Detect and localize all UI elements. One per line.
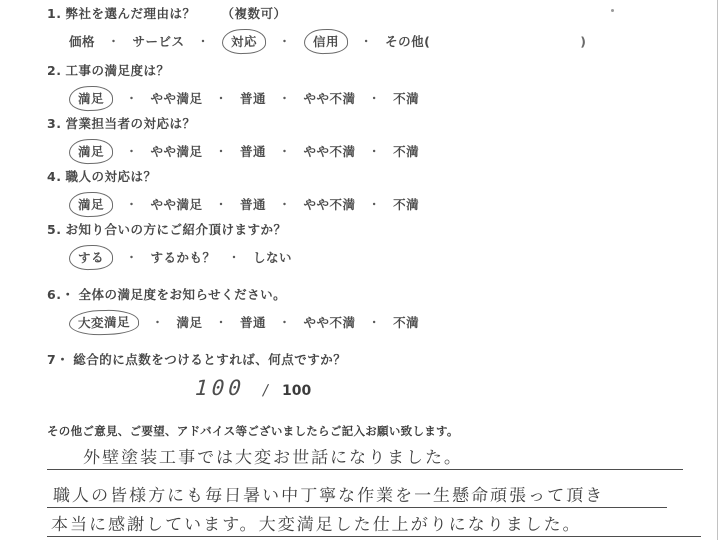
option: しない — [253, 248, 292, 266]
comments-prompt: その他ご意見、ご要望、アドバイス等ございましたらご記入お願い致します。 — [47, 423, 697, 439]
score-line: 100/100 — [195, 376, 687, 400]
option-separator-dot: ・ — [216, 314, 228, 330]
option: 普通 — [240, 195, 266, 213]
option-separator-dot: ・ — [361, 33, 373, 49]
question-number: 2. — [47, 63, 61, 78]
question-options: 価格・サービス・対応・信用・その他() — [69, 29, 687, 53]
question-title: 3.営業担当者の対応は？ — [47, 116, 687, 132]
option: やや満足 — [151, 89, 203, 107]
question-number: 7・ — [47, 352, 69, 367]
option-separator-dot: ・ — [216, 90, 228, 106]
option: 不満 — [393, 195, 419, 213]
option-separator-dot: ・ — [126, 143, 138, 159]
question-text: お知り合いの方にご紹介頂けますか？ — [65, 222, 286, 237]
option: やや不満 — [304, 313, 356, 331]
option: 不満 — [393, 313, 419, 331]
question-6: 6.・全体の満足度をお知らせください。大変満足・満足・普通・やや不満・不満 — [47, 287, 687, 334]
answer-blank-close-paren: ) — [580, 34, 586, 49]
option: 普通 — [240, 142, 266, 160]
option-separator-dot: ・ — [126, 196, 138, 212]
option-separator-dot: ・ — [369, 196, 381, 212]
option: 普通 — [240, 89, 266, 107]
question-title: 2.工事の満足度は？ — [47, 63, 687, 79]
comment-line: 職人の皆様方にも毎日暑い中丁寧な作業を一生懸命頑張って頂き — [47, 470, 667, 508]
handwritten-score: 100 — [192, 376, 248, 400]
option-separator-dot: ・ — [369, 143, 381, 159]
question-options: する・するかも？・しない — [69, 245, 687, 269]
comment-lines: 外壁塗装工事では大変お世話になりました。職人の皆様方にも毎日暑い中丁寧な作業を一… — [47, 439, 697, 537]
score-separator: / — [261, 381, 269, 399]
question-7: 7・総合的に点数をつけるとすれば、何点ですか？100/100 — [47, 352, 687, 400]
option-separator-dot: ・ — [279, 196, 291, 212]
option-separator-dot: ・ — [216, 196, 228, 212]
option-separator-dot: ・ — [279, 90, 291, 106]
question-number: 1. — [47, 6, 61, 21]
score-max-value: 100 — [282, 383, 311, 399]
option: サービス — [133, 32, 185, 50]
option: 価格 — [69, 32, 95, 50]
question-3: 3.営業担当者の対応は？満足・やや満足・普通・やや不満・不満 — [47, 116, 687, 163]
option-separator-dot: ・ — [279, 314, 291, 330]
question-text: 総合的に点数をつけるとすれば、何点ですか？ — [73, 352, 346, 367]
option: やや不満 — [304, 195, 356, 213]
option-circled-answer: する — [69, 244, 114, 270]
question-options: 満足・やや満足・普通・やや不満・不満 — [69, 139, 687, 163]
option: やや不満 — [304, 89, 356, 107]
option-separator-dot: ・ — [152, 314, 164, 330]
handwritten-text: 外壁塗装工事では大変お世話になりました。 — [83, 447, 464, 469]
comment-line: 外壁塗装工事では大変お世話になりました。 — [47, 439, 683, 470]
option-separator-dot: ・ — [126, 249, 138, 265]
option-circled-answer: 対応 — [222, 28, 267, 54]
question-number: 4. — [47, 169, 61, 184]
question-number: 6.・ — [47, 287, 74, 302]
question-text: 工事の満足度は？ — [65, 63, 169, 78]
question-options: 満足・やや満足・普通・やや不満・不満 — [69, 192, 687, 216]
option: やや満足 — [151, 195, 203, 213]
option-separator-dot: ・ — [369, 90, 381, 106]
question-number: 5. — [47, 222, 61, 237]
option-separator-dot: ・ — [198, 33, 210, 49]
option: するかも？ — [151, 248, 216, 266]
option: 普通 — [240, 313, 266, 331]
question-1: 1.弊社を選んだ理由は？（複数可）価格・サービス・対応・信用・その他() — [47, 6, 687, 53]
question-text: 全体の満足度をお知らせください。 — [78, 287, 286, 302]
scan-edge-line — [717, 0, 719, 540]
option-separator-dot: ・ — [108, 33, 120, 49]
handwritten-text: 本当に感謝しています。大変満足した仕上がりになりました。 — [51, 514, 582, 536]
question-5: 5.お知り合いの方にご紹介頂けますか？する・するかも？・しない — [47, 222, 687, 269]
option-circled-answer: 大変満足 — [69, 309, 140, 336]
comment-line: 本当に感謝しています。大変満足した仕上がりになりました。 — [47, 508, 701, 537]
option-separator-dot: ・ — [126, 90, 138, 106]
option: その他( — [385, 32, 430, 50]
option: 不満 — [393, 89, 419, 107]
question-title: 4.職人の対応は？ — [47, 169, 687, 185]
option-separator-dot: ・ — [279, 33, 291, 49]
option-circled-answer: 満足 — [69, 191, 114, 217]
question-title: 7・総合的に点数をつけるとすれば、何点ですか？ — [47, 352, 687, 368]
question-note: （複数可） — [221, 6, 286, 21]
comments-section: その他ご意見、ご要望、アドバイス等ございましたらご記入お願い致します。 外壁塗装… — [47, 423, 697, 537]
question-options: 満足・やや満足・普通・やや不満・不満 — [69, 86, 687, 110]
question-2: 2.工事の満足度は？満足・やや満足・普通・やや不満・不満 — [47, 63, 687, 110]
question-title: 6.・全体の満足度をお知らせください。 — [47, 287, 687, 303]
scan-speck — [611, 9, 614, 12]
question-options: 大変満足・満足・普通・やや不満・不満 — [69, 310, 687, 334]
option: 不満 — [393, 142, 419, 160]
handwritten-text: 職人の皆様方にも毎日暑い中丁寧な作業を一生懸命頑張って頂き — [53, 485, 605, 507]
option: やや満足 — [151, 142, 203, 160]
option-separator-dot: ・ — [229, 249, 241, 265]
option-separator-dot: ・ — [216, 143, 228, 159]
scanned-survey-page: 1.弊社を選んだ理由は？（複数可）価格・サービス・対応・信用・その他()2.工事… — [0, 0, 720, 540]
option: やや不満 — [304, 142, 356, 160]
question-number: 3. — [47, 116, 61, 131]
question-title: 5.お知り合いの方にご紹介頂けますか？ — [47, 222, 687, 238]
question-4: 4.職人の対応は？満足・やや満足・普通・やや不満・不満 — [47, 169, 687, 216]
question-text: 職人の対応は？ — [65, 169, 156, 184]
option-separator-dot: ・ — [279, 143, 291, 159]
option-circled-answer: 信用 — [303, 28, 348, 54]
option-separator-dot: ・ — [369, 314, 381, 330]
questions: 1.弊社を選んだ理由は？（複数可）価格・サービス・対応・信用・その他()2.工事… — [47, 6, 687, 406]
question-title: 1.弊社を選んだ理由は？（複数可） — [47, 6, 687, 22]
option: 満足 — [177, 313, 203, 331]
option-circled-answer: 満足 — [69, 138, 114, 164]
option-circled-answer: 満足 — [69, 85, 114, 111]
question-text: 弊社を選んだ理由は？ — [65, 6, 195, 21]
question-text: 営業担当者の対応は？ — [65, 116, 195, 131]
